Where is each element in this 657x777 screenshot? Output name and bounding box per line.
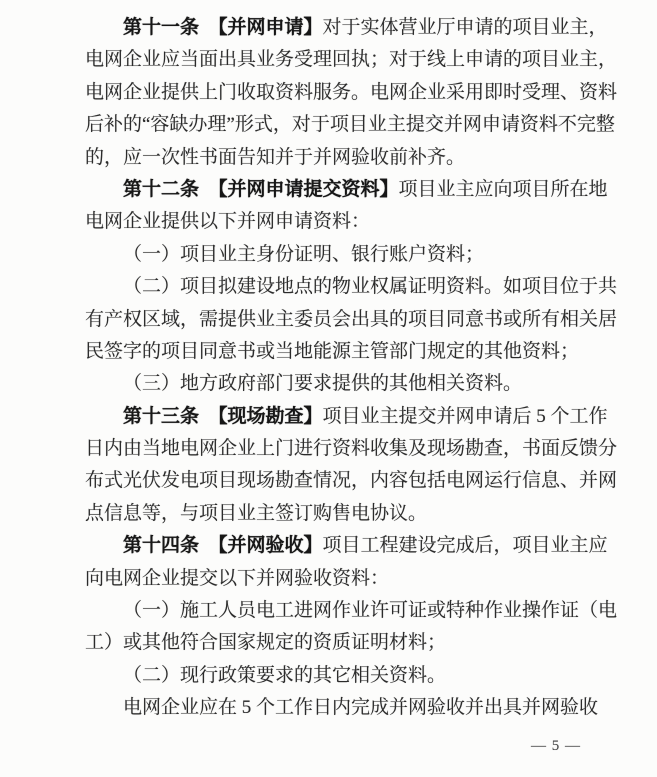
- text-segment: 向电网企业提交以下并网验收资料：: [85, 568, 389, 589]
- text-segment: 项目工程建设完成后，项目业主应: [323, 535, 608, 556]
- article-heading: 第十一条 【并网申请】: [123, 17, 323, 38]
- text-line: （二）项目拟建设地点的物业权属证明资料。如项目位于共: [85, 271, 587, 303]
- text-line: 点信息等，与项目业主签订购售电协议。: [85, 498, 587, 530]
- page-number: — 5 —: [531, 738, 581, 755]
- text-line: 日内由当地电网企业上门进行资料收集及现场勘查，书面反馈分: [85, 433, 587, 465]
- text-line: （二）现行政策要求的其它相关资料。: [85, 660, 587, 692]
- text-line: 民签字的项目同意书或当地能源主管部门规定的其他资料；: [85, 336, 587, 368]
- text-segment: 民签字的项目同意书或当地能源主管部门规定的其他资料；: [85, 341, 579, 362]
- text-segment: 项目业主应向项目所在地: [399, 179, 608, 200]
- text-segment: 电网企业应在 5 个工作日内完成并网验收并出具并网验收: [123, 697, 598, 718]
- text-line: 的，应一次性书面告知并于并网验收前补齐。: [85, 142, 587, 174]
- text-line: 第十四条 【并网验收】项目工程建设完成后，项目业主应: [85, 530, 587, 562]
- article-heading: 第十三条 【现场勘查】: [123, 406, 323, 427]
- text-segment: 对于实体营业厅申请的项目业主，: [323, 17, 608, 38]
- text-segment: 项目业主提交并网申请后 5 个工作: [323, 406, 608, 427]
- text-segment: 日内由当地电网企业上门进行资料收集及现场勘查，书面反馈分: [85, 438, 617, 459]
- text-line: 有产权区域，需提供业主委员会出具的项目同意书或所有相关居: [85, 304, 587, 336]
- text-segment: 的，应一次性书面告知并于并网验收前补齐。: [85, 147, 465, 168]
- text-segment: 有产权区域，需提供业主委员会出具的项目同意书或所有相关居: [85, 309, 617, 330]
- text-line: （一）施工人员电工进网作业许可证或特种作业操作证（电: [85, 595, 587, 627]
- text-segment: 电网企业应当面出具业务受理回执；对于线上申请的项目业主，: [85, 49, 617, 70]
- text-line: 布式光伏发电项目现场勘查情况，内容包括电网运行信息、并网: [85, 465, 587, 497]
- text-line: 第十一条 【并网申请】对于实体营业厅申请的项目业主，: [85, 12, 587, 44]
- text-segment: 电网企业提供以下并网申请资料：: [85, 211, 370, 232]
- article-heading: 第十二条 【并网申请提交资料】: [123, 179, 399, 200]
- text-segment: （一）施工人员电工进网作业许可证或特种作业操作证（电: [123, 600, 617, 621]
- text-line: 电网企业提供以下并网申请资料：: [85, 206, 587, 238]
- text-segment: （一）项目业主身份证明、银行账户资料；: [123, 244, 484, 265]
- text-segment: 后补的“容缺办理”形式，对于项目业主提交并网申请资料不完整: [85, 114, 615, 135]
- text-segment: 点信息等，与项目业主签订购售电协议。: [85, 503, 427, 524]
- text-line: 电网企业提供上门收取资料服务。电网企业采用即时受理、资料: [85, 77, 587, 109]
- text-segment: 工）或其他符合国家规定的资质证明材料；: [85, 632, 446, 653]
- text-line: 电网企业应在 5 个工作日内完成并网验收并出具并网验收: [85, 692, 587, 724]
- text-line: 后补的“容缺办理”形式，对于项目业主提交并网申请资料不完整: [85, 109, 587, 141]
- text-line: （一）项目业主身份证明、银行账户资料；: [85, 239, 587, 271]
- text-line: 工）或其他符合国家规定的资质证明材料；: [85, 627, 587, 659]
- text-line: （三）地方政府部门要求提供的其他相关资料。: [85, 368, 587, 400]
- text-segment: （二）项目拟建设地点的物业权属证明资料。如项目位于共: [123, 276, 617, 297]
- document-body: 第十一条 【并网申请】对于实体营业厅申请的项目业主，电网企业应当面出具业务受理回…: [85, 12, 587, 725]
- text-segment: 电网企业提供上门收取资料服务。电网企业采用即时受理、资料: [85, 82, 617, 103]
- text-line: 第十二条 【并网申请提交资料】项目业主应向项目所在地: [85, 174, 587, 206]
- text-line: 电网企业应当面出具业务受理回执；对于线上申请的项目业主，: [85, 44, 587, 76]
- article-heading: 第十四条 【并网验收】: [123, 535, 323, 556]
- document-page: 第十一条 【并网申请】对于实体营业厅申请的项目业主，电网企业应当面出具业务受理回…: [0, 0, 657, 777]
- text-line: 第十三条 【现场勘查】项目业主提交并网申请后 5 个工作: [85, 401, 587, 433]
- text-segment: 布式光伏发电项目现场勘查情况，内容包括电网运行信息、并网: [85, 470, 617, 491]
- text-segment: （三）地方政府部门要求提供的其他相关资料。: [123, 373, 522, 394]
- text-line: 向电网企业提交以下并网验收资料：: [85, 563, 587, 595]
- text-segment: （二）现行政策要求的其它相关资料。: [123, 665, 446, 686]
